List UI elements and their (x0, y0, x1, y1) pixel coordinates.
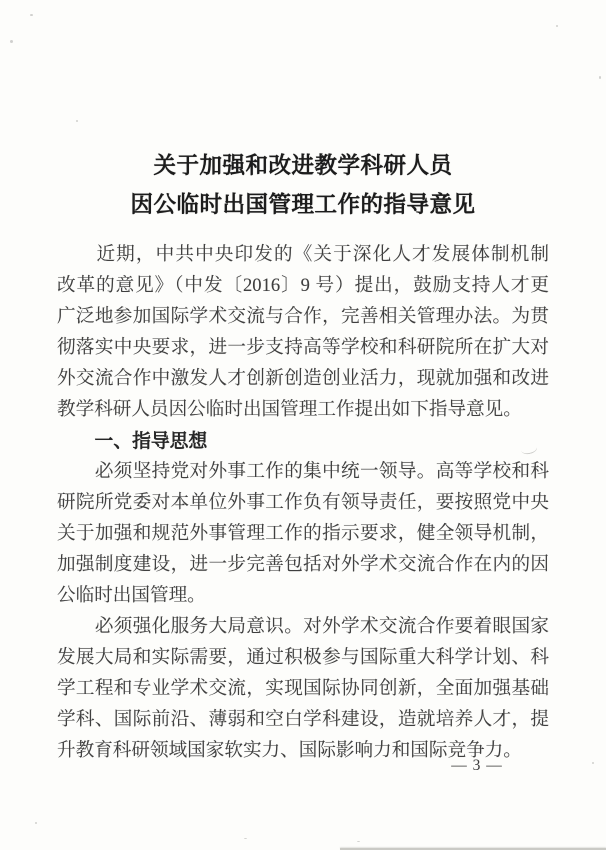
scan-speck (599, 76, 601, 79)
scan-speck (35, 822, 37, 824)
page-number: — 3 — (445, 755, 509, 777)
document-title-line-1: 关于加强和改进教学科研人员 (0, 146, 606, 185)
text-line: 必须强化服务大局意识。对外学术交流合作要着眼国家 (57, 611, 549, 642)
document-title: 关于加强和改进教学科研人员 因公临时出国管理工作的指导意见 (0, 146, 606, 224)
paragraph: 近期，中共中央印发的《关于深化人才发展体制机制改革的意见》（中发〔2016〕9 … (57, 239, 549, 425)
scan-speck (592, 762, 594, 764)
text-line: 外交流合作中激发人才创新创造创业活力，现就加强和改进 (57, 363, 549, 394)
text-line: 彻落实中央要求，进一步支持高等学校和科研院所在扩大对 (57, 332, 549, 363)
scan-speck (357, 841, 360, 842)
text-line: 教学科研人员因公临时出国管理工作提出如下指导意见。 (57, 394, 549, 425)
text-line: 公临时出国管理。 (57, 580, 549, 611)
scan-speck (10, 40, 13, 43)
text-line: 一、指导思想 (57, 425, 549, 456)
text-line: 加强制度建设，进一步完善包括对外学术交流合作在内的因 (57, 549, 549, 580)
text-line: 近期，中共中央印发的《关于深化人才发展体制机制 (57, 239, 549, 270)
text-line: 改革的意见》（中发〔2016〕9 号）提出，鼓励支持人才更 (57, 270, 549, 301)
text-line: 发展大局和实际需要，通过积极参与国际重大科学计划、科 (57, 642, 549, 673)
paragraph: 必须强化服务大局意识。对外学术交流合作要着眼国家发展大局和实际需要，通过积极参与… (57, 611, 549, 766)
document-body: 近期，中共中央印发的《关于深化人才发展体制机制改革的意见》（中发〔2016〕9 … (57, 239, 549, 766)
section-heading: 一、指导思想 (57, 425, 549, 456)
text-line: 广泛地参加国际学术交流与合作，完善相关管理办法。为贯 (57, 301, 549, 332)
document-title-line-2: 因公临时出国管理工作的指导意见 (0, 185, 606, 224)
scan-speck (30, 14, 33, 16)
paragraph: 必须坚持党对外事工作的集中统一领导。高等学校和科研院所党委对本单位外事工作负有领… (57, 456, 549, 611)
scan-speck (556, 25, 558, 27)
text-line: 研院所党委对本单位外事工作负有领导责任，要按照党中央 (57, 487, 549, 518)
text-line: 必须坚持党对外事工作的集中统一领导。高等学校和科 (57, 456, 549, 487)
text-line: 关于加强和规范外事管理工作的指示要求，健全领导机制， (57, 518, 549, 549)
scanned-document-page: 关于加强和改进教学科研人员 因公临时出国管理工作的指导意见 近期，中共中央印发的… (0, 0, 606, 850)
scan-speck (76, 120, 78, 122)
scan-speck (244, 838, 247, 839)
text-line: 学工程和专业学术交流，实现国际协同创新，全面加强基础 (57, 673, 549, 704)
text-line: 学科、国际前沿、薄弱和空白学科建设，造就培养人才，提 (57, 704, 549, 735)
